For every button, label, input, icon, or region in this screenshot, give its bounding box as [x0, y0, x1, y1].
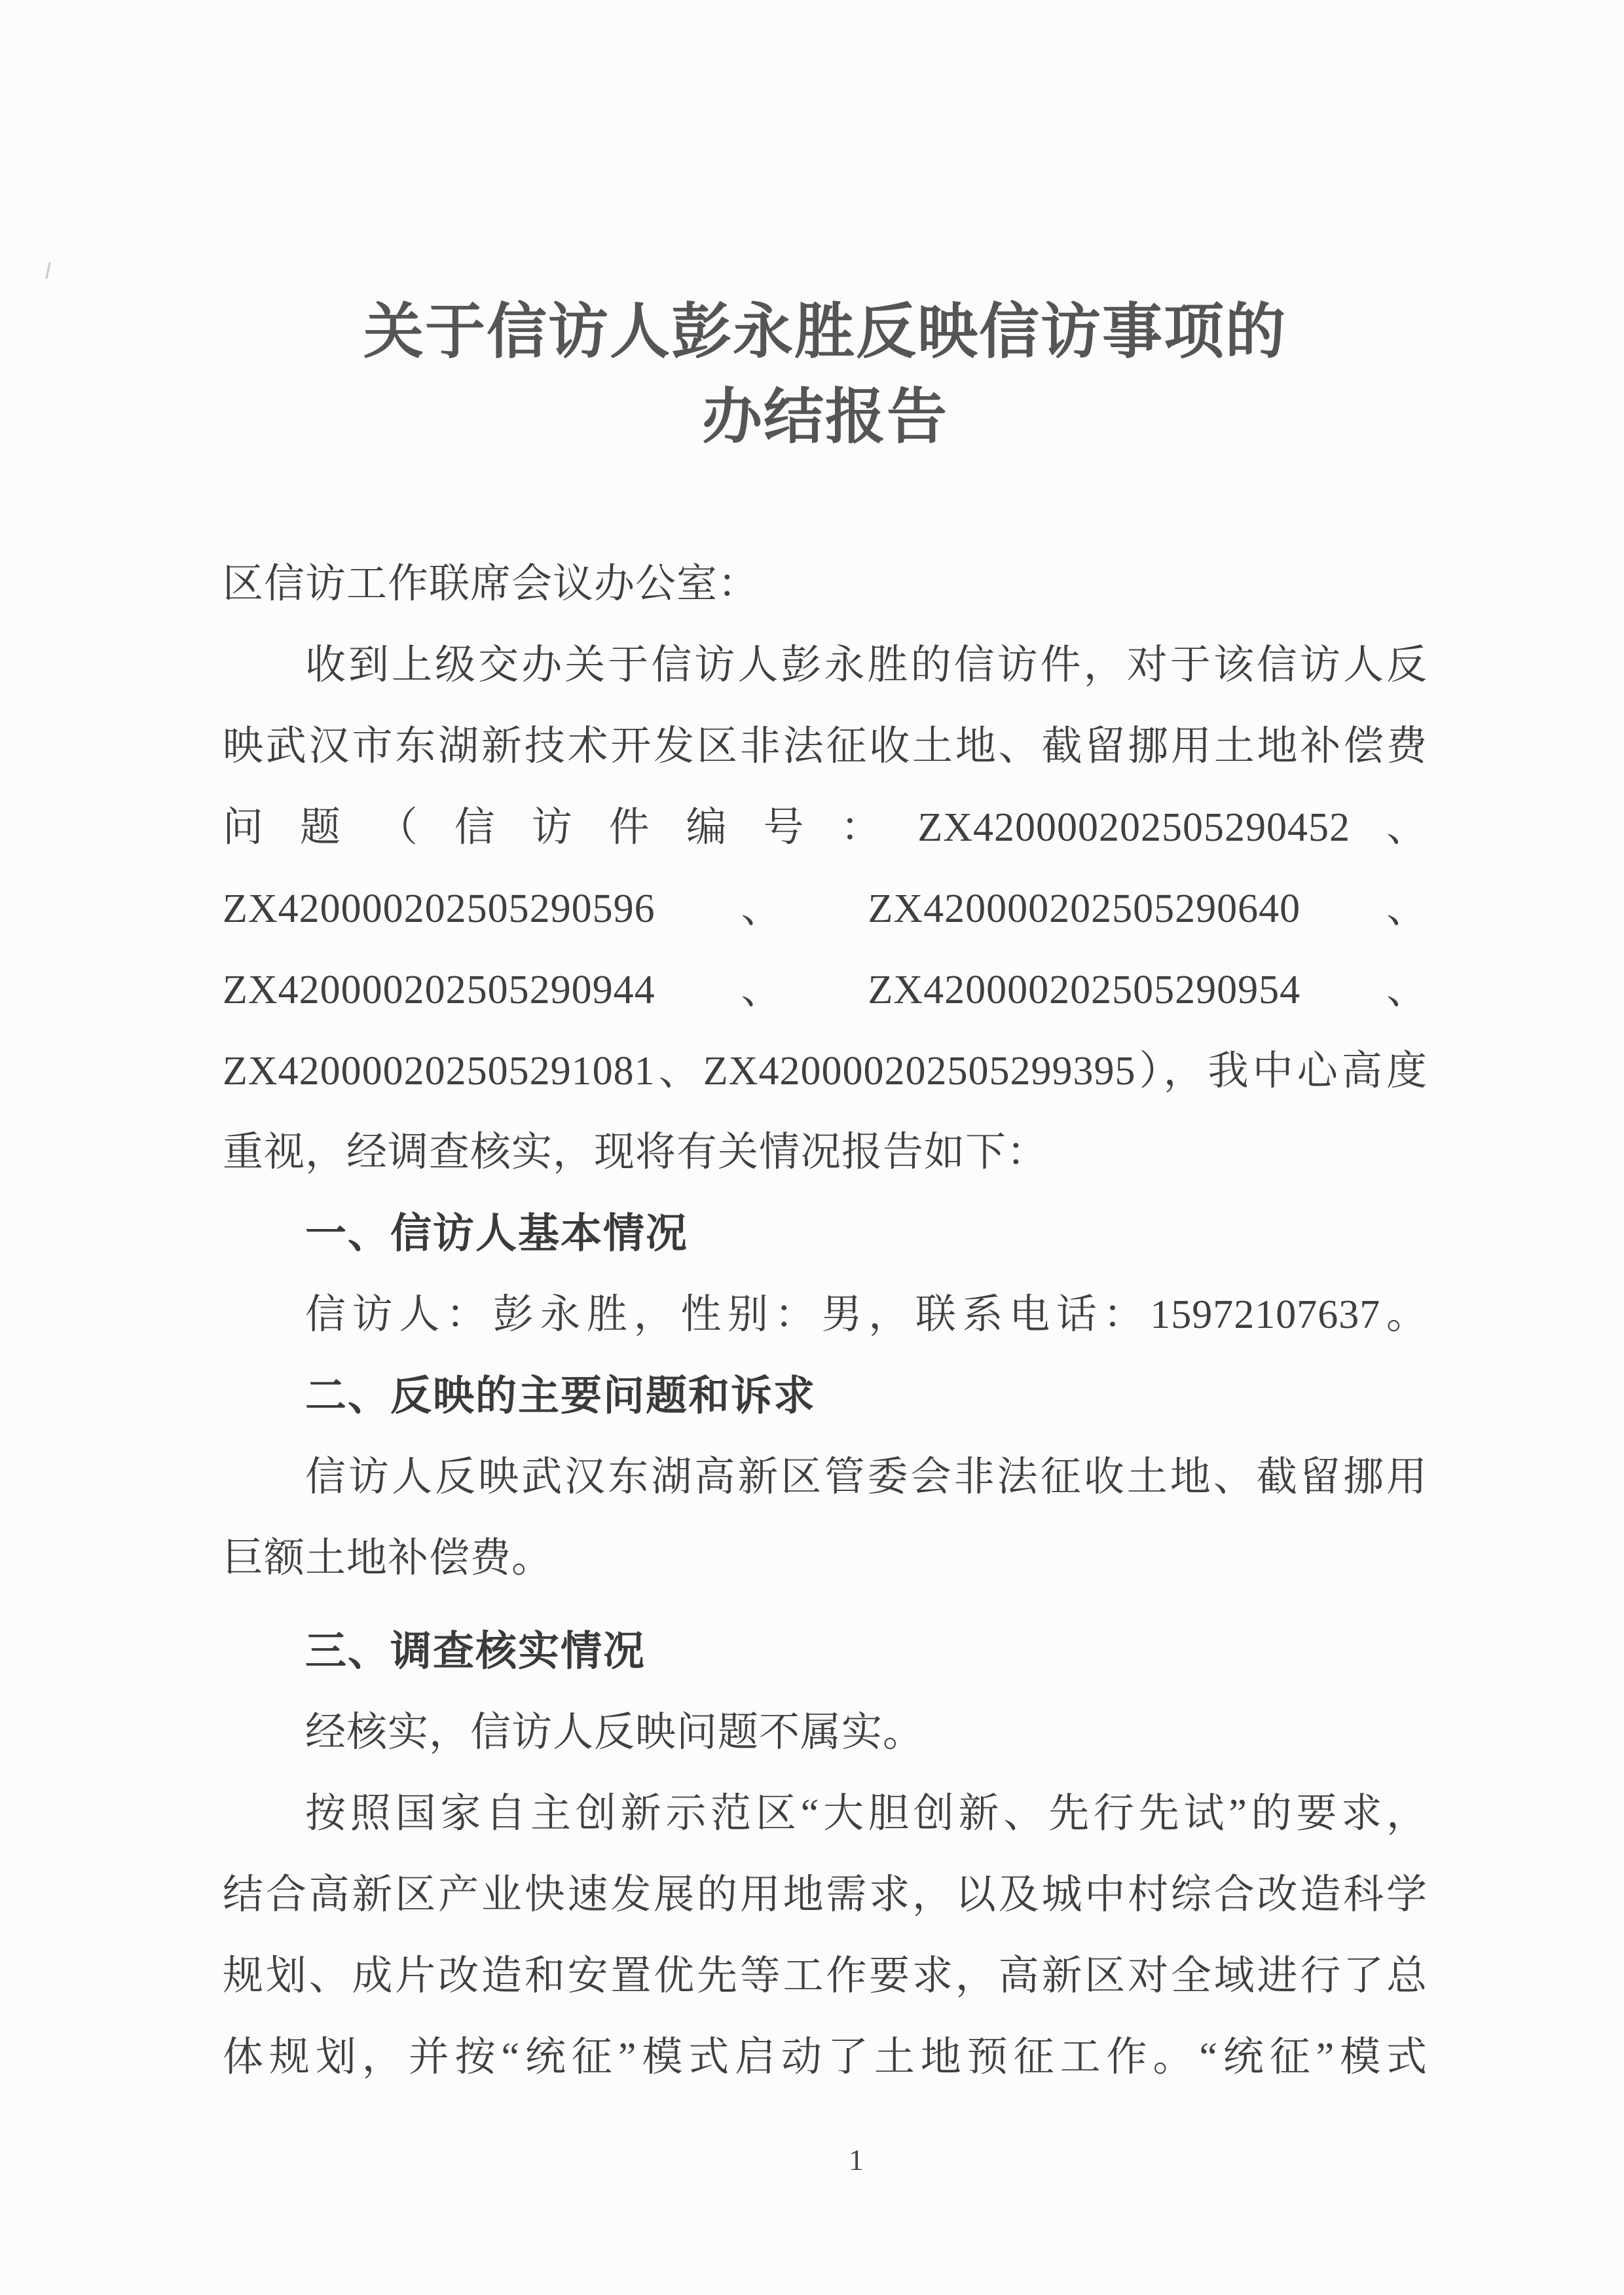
petitioner-info-line: 信访人：彭永胜，性别：男，联系电话：15972107637。: [223, 1274, 1428, 1355]
document-title-line-2: 办结报告: [223, 375, 1428, 460]
page-number: 1: [849, 2142, 864, 2177]
intro-line-1: 收到上级交办关于信访人彭永胜的信访件，对于该信访人反: [223, 625, 1428, 706]
policy-line-4: 体规划，并按“统征”模式启动了土地预征工作。“统征”模式: [223, 2017, 1428, 2098]
petition-number-line-4: ZX420000202505291081、ZX42000020250529939…: [223, 1031, 1428, 1112]
policy-line-2: 结合高新区产业快速发展的用地需求，以及城中村综合改造科学: [223, 1854, 1428, 1936]
document-page: 关于信访人彭永胜反映信访事项的 办结报告 区信访工作联席会议办公室： 收到上级交…: [0, 0, 1624, 2295]
section-2-heading: 二、反映的主要问题和诉求: [223, 1355, 1428, 1437]
section-1-heading: 一、信访人基本情况: [223, 1193, 1428, 1274]
petition-number-line-3: ZX420000202505290944、ZX42000020250529095…: [223, 949, 1428, 1031]
petition-number-line-1: 问题（信访件编号：ZX420000202505290452、: [223, 787, 1428, 868]
scan-artifact: [45, 262, 50, 279]
intro-line-2: 映武汉市东湖新技术开发区非法征收土地、截留挪用土地补偿费: [223, 706, 1428, 787]
salutation-line: 区信访工作联席会议办公室：: [223, 543, 1428, 625]
document-title: 关于信访人彭永胜反映信访事项的 办结报告: [223, 289, 1428, 460]
issue-line-2: 巨额土地补偿费。: [223, 1518, 1428, 1599]
policy-line-3: 规划、成片改造和安置优先等工作要求，高新区对全域进行了总: [223, 1936, 1428, 2017]
section-3-heading: 三、调查核实情况: [223, 1611, 1428, 1692]
petition-number-line-2: ZX420000202505290596、ZX42000020250529064…: [223, 868, 1428, 949]
intro-line-3: 重视，经调查核实，现将有关情况报告如下：: [223, 1112, 1428, 1193]
issue-line-1: 信访人反映武汉东湖高新区管委会非法征收土地、截留挪用: [223, 1437, 1428, 1518]
policy-line-1: 按照国家自主创新示范区“大胆创新、先行先试”的要求，: [223, 1773, 1428, 1854]
document-title-line-1: 关于信访人彭永胜反映信访事项的: [223, 289, 1428, 375]
document-body: 区信访工作联席会议办公室： 收到上级交办关于信访人彭永胜的信访件，对于该信访人反…: [223, 543, 1428, 2098]
verification-line: 经核实，信访人反映问题不属实。: [223, 1692, 1428, 1773]
